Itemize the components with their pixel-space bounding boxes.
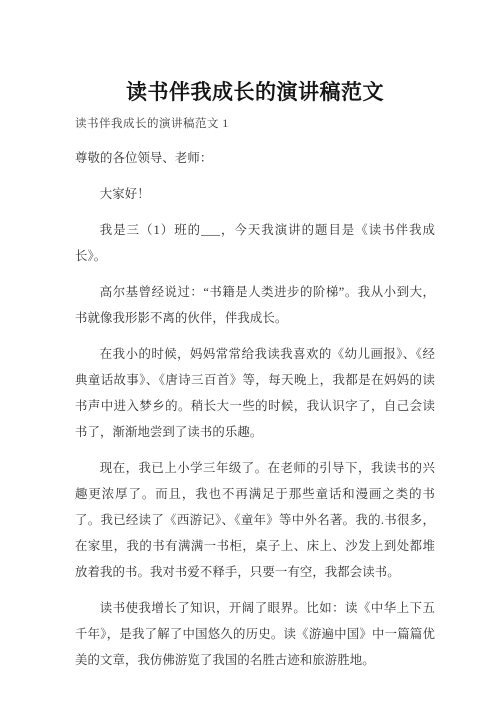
page-title: 读书伴我成长的演讲稿范文: [75, 80, 435, 105]
document-body: 尊敬的各位领导、老师： 大家好！ 我是三（1）班的___，今天我演讲的题目是《读…: [75, 145, 435, 673]
paragraph: 在我小的时候，妈妈常常给我读我喜欢的《幼儿画报》、《经典童话故事》、《唐诗三百首…: [75, 341, 435, 445]
paragraph: 高尔基曾经说过：“书籍是人类进步的阶梯”。我从小到大，书就像我形影不离的伙伴，伴…: [75, 279, 435, 331]
paragraph: 大家好！: [75, 181, 435, 207]
document-subtitle: 读书伴我成长的演讲稿范文 1: [75, 117, 435, 131]
paragraph: 现在，我已上小学三年级了。在老师的引导下，我读书的兴趣更浓厚了。而且，我也不再满…: [75, 455, 435, 585]
paragraph: 我是三（1）班的___，今天我演讲的题目是《读书伴我成长》。: [75, 217, 435, 269]
paragraph: 读书使我增长了知识，开阔了眼界。比如：读《中华上下五千年》，是我了解了中国悠久的…: [75, 595, 435, 673]
document-page: 读书伴我成长的演讲稿范文 读书伴我成长的演讲稿范文 1 尊敬的各位领导、老师： …: [0, 0, 500, 707]
greeting-line: 尊敬的各位领导、老师：: [75, 145, 435, 171]
